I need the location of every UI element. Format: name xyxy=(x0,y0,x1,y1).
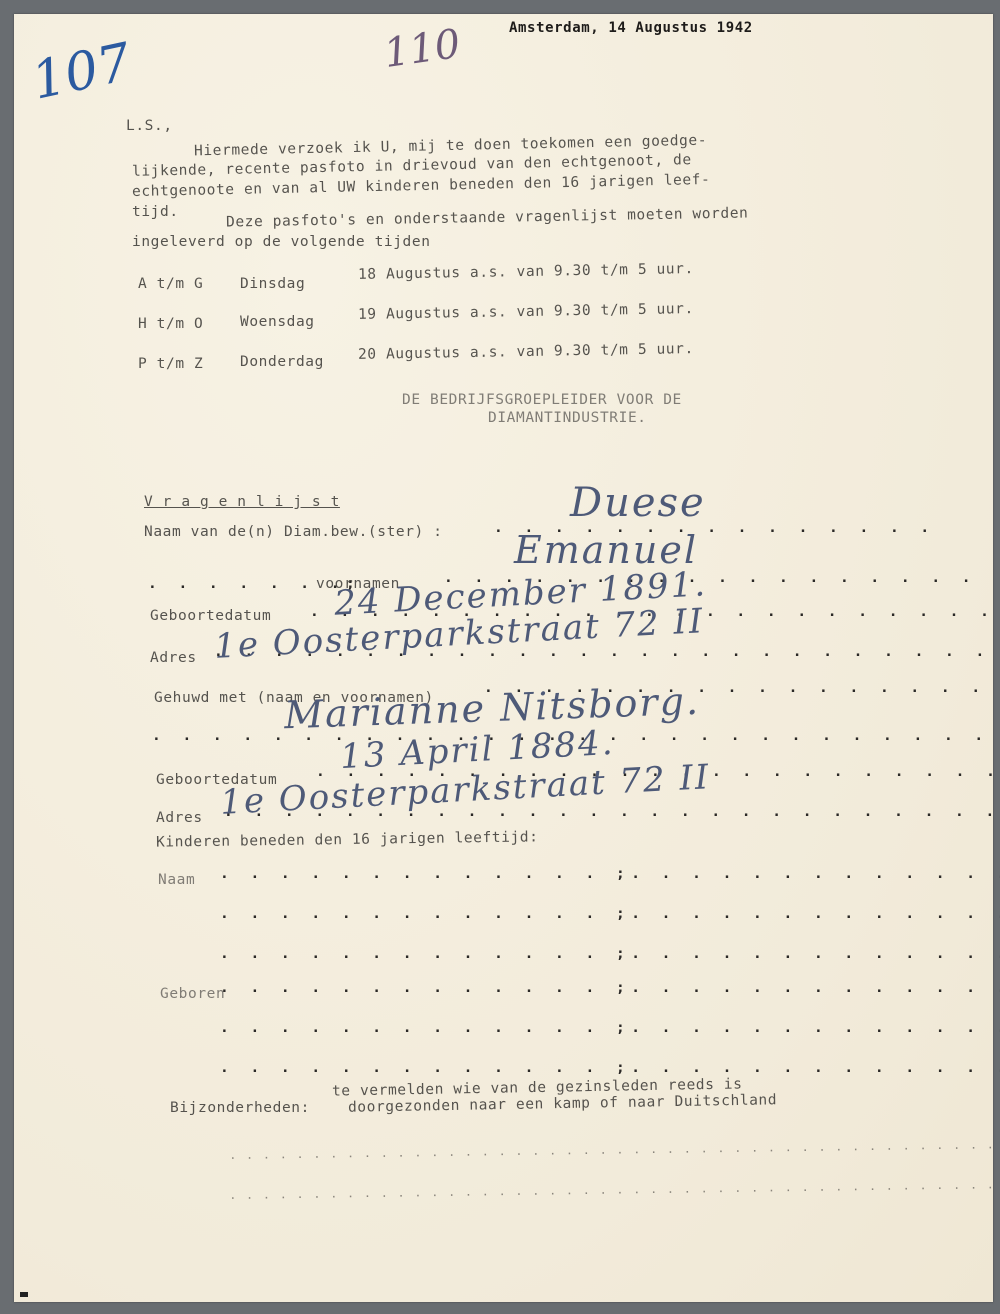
children-name-line-1[interactable]: . . . . . . . . . . . . . ;. . . . . . .… xyxy=(220,866,1000,882)
children-name-label: Naam xyxy=(158,872,195,888)
schedule-date-2: 19 Augustus a.s. van 9.30 t/m 5 uur. xyxy=(358,301,694,323)
questionnaire-title: V r a g e n l i j s t xyxy=(144,494,340,510)
archive-number-purple: 110 xyxy=(381,21,463,77)
remarks-dotted-line-1[interactable]: . . . . . . . . . . . . . . . . . . . . … xyxy=(230,1136,1000,1162)
address-label: Adres xyxy=(150,650,197,666)
children-born-line-2[interactable]: . . . . . . . . . . . . . ;. . . . . . .… xyxy=(220,1020,1000,1036)
schedule-letters-3: P t/m Z xyxy=(138,356,203,372)
schedule-date-3: 20 Augustus a.s. van 9.30 t/m 5 uur. xyxy=(358,341,694,363)
birthdate-label: Geboortedatum xyxy=(150,608,271,624)
children-name-line-3[interactable]: . . . . . . . . . . . . . ;. . . . . . .… xyxy=(220,946,1000,962)
schedule-letters-1: A t/m G xyxy=(138,276,203,292)
archive-number-blue: 107 xyxy=(27,32,137,111)
schedule-date-1: 18 Augustus a.s. van 9.30 t/m 5 uur. xyxy=(358,261,694,283)
spouse-address-label: Adres xyxy=(156,810,203,826)
corner-mark xyxy=(20,1292,28,1297)
salutation: L.S., xyxy=(126,118,173,134)
name-label: Naam van de(n) Diam.bew.(ster) : xyxy=(144,524,443,540)
children-label: Kinderen beneden den 16 jarigen leeftijd… xyxy=(156,829,539,850)
children-born-line-1[interactable]: . . . . . . . . . . . . . ;. . . . . . .… xyxy=(220,980,1000,996)
schedule-letters-2: H t/m O xyxy=(138,316,203,332)
body-line-5: Deze pasfoto's en onderstaande vragenlij… xyxy=(226,205,749,230)
header-place-date: Amsterdam, 14 Augustus 1942 xyxy=(509,20,753,36)
children-name-line-2[interactable]: . . . . . . . . . . . . . ;. . . . . . .… xyxy=(220,906,1000,922)
schedule-day-1: Dinsdag xyxy=(240,276,305,292)
remarks-dotted-line-2[interactable]: . . . . . . . . . . . . . . . . . . . . … xyxy=(230,1176,1000,1202)
signature-line-2: DIAMANTINDUSTRIE. xyxy=(488,410,647,426)
name-value[interactable]: Duese xyxy=(570,480,706,526)
schedule-day-3: Donderdag xyxy=(240,354,324,370)
document-page: 107 110 Amsterdam, 14 Augustus 1942 L.S.… xyxy=(14,14,993,1302)
body-line-6: ingeleverd op de volgende tijden xyxy=(132,234,431,250)
body-line-4: tijd. xyxy=(132,204,179,220)
children-born-line-3[interactable]: . . . . . . . . . . . . . ;. . . . . . .… xyxy=(220,1060,1000,1076)
schedule-day-2: Woensdag xyxy=(240,314,315,330)
remarks-label: Bijzonderheden: xyxy=(170,1100,310,1116)
signature-line-1: DE BEDRIJFSGROEPLEIDER VOOR DE xyxy=(402,392,682,408)
children-born-label: Geboren xyxy=(160,986,225,1002)
